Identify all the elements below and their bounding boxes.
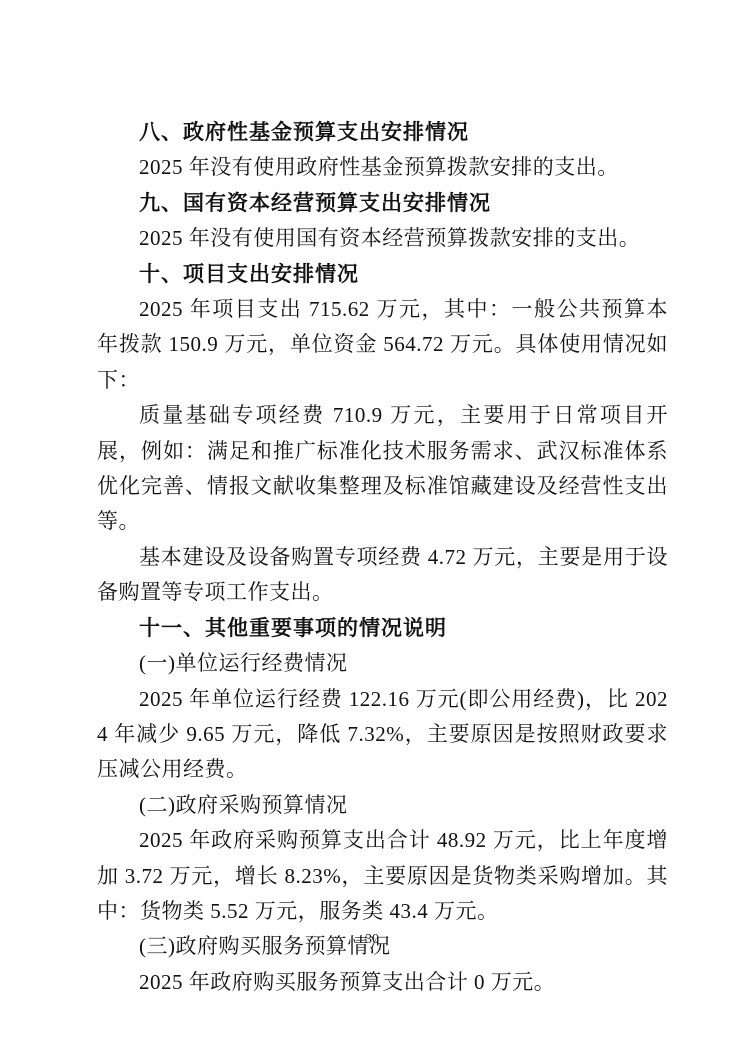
sub-section-heading: (二)政府采购预算情况	[97, 788, 668, 823]
body-paragraph: 2025 年政府采购预算支出合计 48.92 万元，比上年度增加 3.72 万元…	[97, 823, 668, 929]
section-heading: 九、国有资本经营预算支出安排情况	[97, 186, 668, 221]
document-body: 八、政府性基金预算支出安排情况2025 年没有使用政府性基金预算拨款安排的支出。…	[97, 115, 668, 1000]
section-heading: 八、政府性基金预算支出安排情况	[97, 115, 668, 150]
body-paragraph: 基本建设及设备购置专项经费 4.72 万元，主要是用于设备购置等专项工作支出。	[97, 540, 668, 611]
body-paragraph: 2025 年项目支出 715.62 万元，其中：一般公共预算本年拨款 150.9…	[97, 292, 668, 398]
document-page: 八、政府性基金预算支出安排情况2025 年没有使用政府性基金预算拨款安排的支出。…	[0, 0, 744, 1052]
body-paragraph: 质量基础专项经费 710.9 万元，主要用于日常项目开展，例如：满足和推广标准化…	[97, 398, 668, 540]
body-paragraph: 2025 年单位运行经费 122.16 万元(即公用经费)，比 2024 年减少…	[97, 682, 668, 788]
page-number: 30	[0, 932, 744, 948]
section-heading: 十一、其他重要事项的情况说明	[97, 611, 668, 646]
section-heading: 十、项目支出安排情况	[97, 257, 668, 292]
body-paragraph: 2025 年政府购买服务预算支出合计 0 万元。	[97, 965, 668, 1000]
sub-section-heading: (一)单位运行经费情况	[97, 646, 668, 681]
body-paragraph: 2025 年没有使用国有资本经营预算拨款安排的支出。	[97, 221, 668, 256]
body-paragraph: 2025 年没有使用政府性基金预算拨款安排的支出。	[97, 150, 668, 185]
